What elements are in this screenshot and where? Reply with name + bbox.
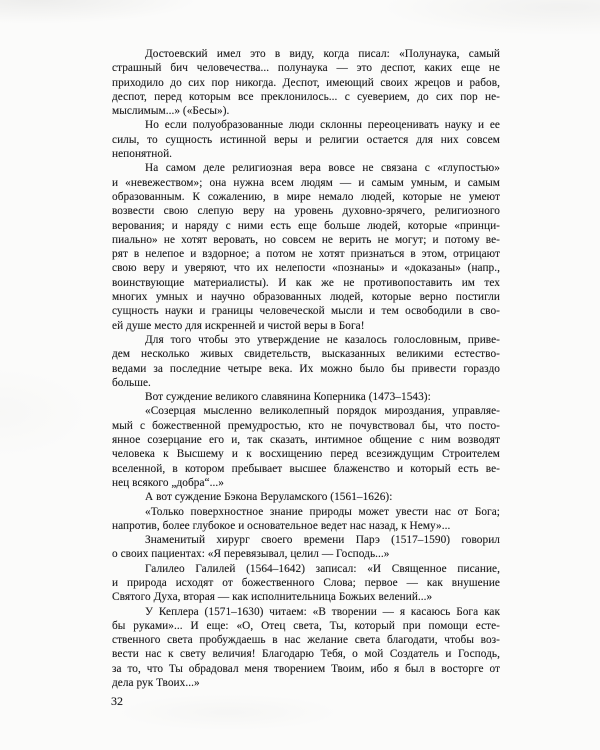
text-line: вести нас к свету величия! Благодарю Теб… xyxy=(112,647,500,661)
text-line: «Созерцая мысленно великолепный порядок … xyxy=(112,404,500,418)
text-line: и природа исходят от божественного Слова… xyxy=(112,576,500,590)
text-line: человека к Высшему и к восхищению перед … xyxy=(112,447,500,461)
text-line: рят в нелепое и вздорное; а потом не хот… xyxy=(112,247,500,261)
text-line: мый с божественной премудростью, кто не … xyxy=(112,419,500,433)
text-line: и «невежеством»; она нужна всем людям — … xyxy=(112,176,500,190)
text-line: янное созерцание его и, так сказать, инт… xyxy=(112,433,500,447)
text-line: напротив, более глубокое и основательное… xyxy=(112,519,500,533)
text-line: больше. xyxy=(112,376,500,390)
text-line: Вот суждение великого славянина Коперник… xyxy=(112,390,500,404)
text-line: деспот, перед которым все преклонилось..… xyxy=(112,90,500,104)
text-line: воинствующие материалисты). И как же не … xyxy=(112,276,500,290)
text-line: силы, то сущность истинной веры и религи… xyxy=(112,133,500,147)
text-line: ственного света пробуждаешь в нас желани… xyxy=(112,633,500,647)
text-line: бы руками»... И еще: «О, Отец света, Ты,… xyxy=(112,619,500,633)
text-line: дем несколько живых свидетельств, высказ… xyxy=(112,347,500,361)
text-line: многих умных и научно образованных людей… xyxy=(112,290,500,304)
text-line: «Только поверхностное знание природы мож… xyxy=(112,505,500,519)
text-line: образованным. К сожалению, в мире немало… xyxy=(112,190,500,204)
text-line: свою веру и уверяют, что их нелепости «п… xyxy=(112,261,500,275)
text-line: Знаменитый хирург своего времени Парэ (1… xyxy=(112,533,500,547)
scanned-book-page: Достоевский имел это в виду, когда писал… xyxy=(0,0,600,750)
text-line: Галилео Галилей (1564–1642) записал: «И … xyxy=(112,562,500,576)
text-line: пиально» не хотят веровать, но совсем не… xyxy=(112,233,500,247)
text-line: приходило до сих пор никогда. Деспот, им… xyxy=(112,76,500,90)
text-line: за то, что Ты обрадовал меня творением Т… xyxy=(112,662,500,676)
text-line: ведами за последние четыре века. Их можн… xyxy=(112,362,500,376)
text-line: сущность науки и границы человеческой мы… xyxy=(112,304,500,318)
text-line: На самом деле религиозная вера вовсе не … xyxy=(112,161,500,175)
text-line: Святого Духа, вторая — как исполнительни… xyxy=(112,590,500,604)
text-line: А вот суждение Бэкона Веруламского (1561… xyxy=(112,490,500,504)
text-line: ей душе место для искренней и чистой вер… xyxy=(112,319,500,333)
text-line: Для того чтобы это утверждение не казало… xyxy=(112,333,500,347)
text-line: непонятной. xyxy=(112,147,500,161)
text-line: нец всякого „добра“...» xyxy=(112,476,500,490)
text-line: мыслимым...» («Бесы»). xyxy=(112,104,500,118)
text-line: вселенной, в котором пребывает высшее бл… xyxy=(112,462,500,476)
text-line: Но если полуобразованные люди склонны пе… xyxy=(112,118,500,132)
text-line: Достоевский имел это в виду, когда писал… xyxy=(112,47,500,61)
text-line: верования; и наряду с ними есть еще боль… xyxy=(112,219,500,233)
text-line: У Кеплера (1571–1630) читаем: «В творени… xyxy=(112,605,500,619)
body-text-column: Достоевский имел это в виду, когда писал… xyxy=(112,47,500,690)
text-line: о своих пациентах: «Я перевязывал, целил… xyxy=(112,547,500,561)
text-line: возвести свою слепую веру на уровень дух… xyxy=(112,204,500,218)
text-line: дела рук Твоих...» xyxy=(112,676,500,690)
page-number-label: 32 xyxy=(111,694,123,708)
text-line: страшный бич человечества... полунаука —… xyxy=(112,61,500,75)
